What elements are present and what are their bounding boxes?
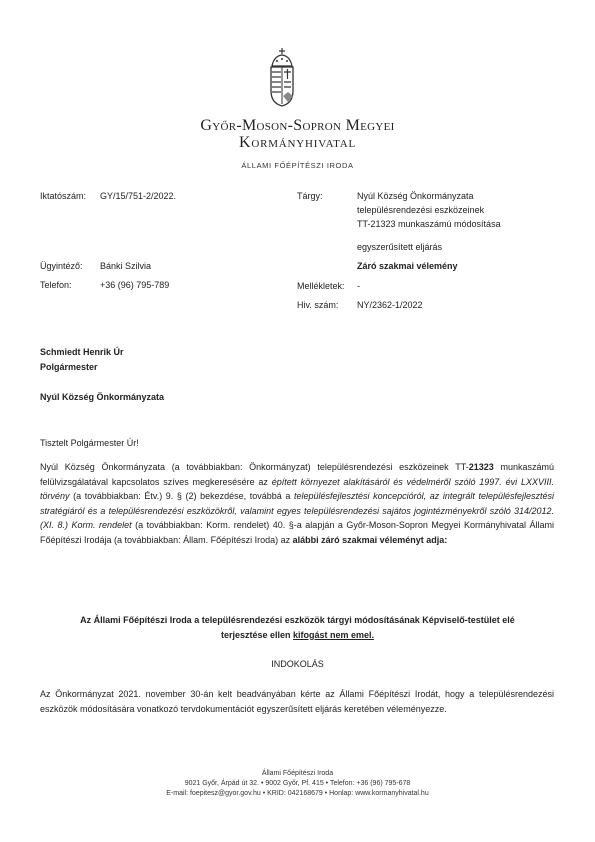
p1-text-e: (a továbbiakban: Étv.) 9. § (2) bekezdés… [70, 491, 294, 501]
reference-value: NY/2362-1/2022 [357, 300, 423, 310]
p1-conclusion: alábbi záró szakmai véleményt adja: [293, 535, 448, 545]
footer-contact: E-mail: foepitesz@gyor.gov.hu • KRID: 04… [0, 789, 595, 799]
organization-name-line2: Kormányhivatal [0, 134, 595, 152]
section-heading: INDOKOLÁS [0, 657, 595, 672]
decision-outcome: kifogást nem emel. [293, 630, 374, 640]
salutation: Tisztelt Polgármester Úr! [40, 436, 139, 451]
footer-office: Állami Főépítészi Iroda [0, 769, 595, 779]
case-number-label: Iktatószám: [40, 191, 86, 201]
subject-label: Tárgy: [297, 191, 323, 201]
subject-title: Záró szakmai vélemény [357, 261, 458, 271]
subject-line-1: Nyúl Község Önkormányzata [357, 191, 474, 201]
administrator-value: Bánki Szilvia [100, 261, 151, 271]
recipient-name: Schmiedt Henrik Úr [40, 345, 124, 360]
recipient-title: Polgármester [40, 360, 98, 375]
reference-label: Hiv. szám: [297, 300, 338, 310]
p1-work-number: 21323 [469, 462, 494, 472]
decision-statement: Az Állami Főépítészi Iroda a településre… [80, 613, 515, 642]
attachments-value: - [357, 281, 360, 291]
organization-name: Győr-Moson-Sopron Megyei [0, 117, 595, 135]
phone-label: Telefon: [40, 280, 72, 290]
office-name: ÁLLAMI FŐÉPÍTÉSZI IRODA [0, 161, 595, 170]
body-paragraph-2: Az Önkormányzat 2021. november 30-án kel… [40, 687, 554, 716]
body-paragraph-1: Nyúl Község Önkormányzata (a továbbiakba… [40, 460, 554, 547]
subject-line-2: településrendezési eszközeinek [357, 205, 484, 215]
footer-address: 9021 Győr, Árpád út 32. • 9002 Győr, Pf.… [0, 779, 595, 789]
case-number-value: GY/15/751-2/2022. [100, 191, 176, 201]
subject-line-3: TT-21323 munkaszámú módosítása [357, 219, 501, 229]
recipient-organization: Nyúl Község Önkormányzata [40, 390, 164, 405]
administrator-label: Ügyintéző: [40, 261, 83, 271]
attachments-label: Mellékletek: [297, 281, 345, 291]
p1-text-a: Nyúl Község Önkormányzata (a továbbiakba… [40, 462, 469, 472]
phone-value: +36 (96) 795-789 [100, 280, 169, 290]
subject-line-4: egyszerűsített eljárás [357, 242, 442, 252]
coat-of-arms-icon [268, 46, 296, 108]
